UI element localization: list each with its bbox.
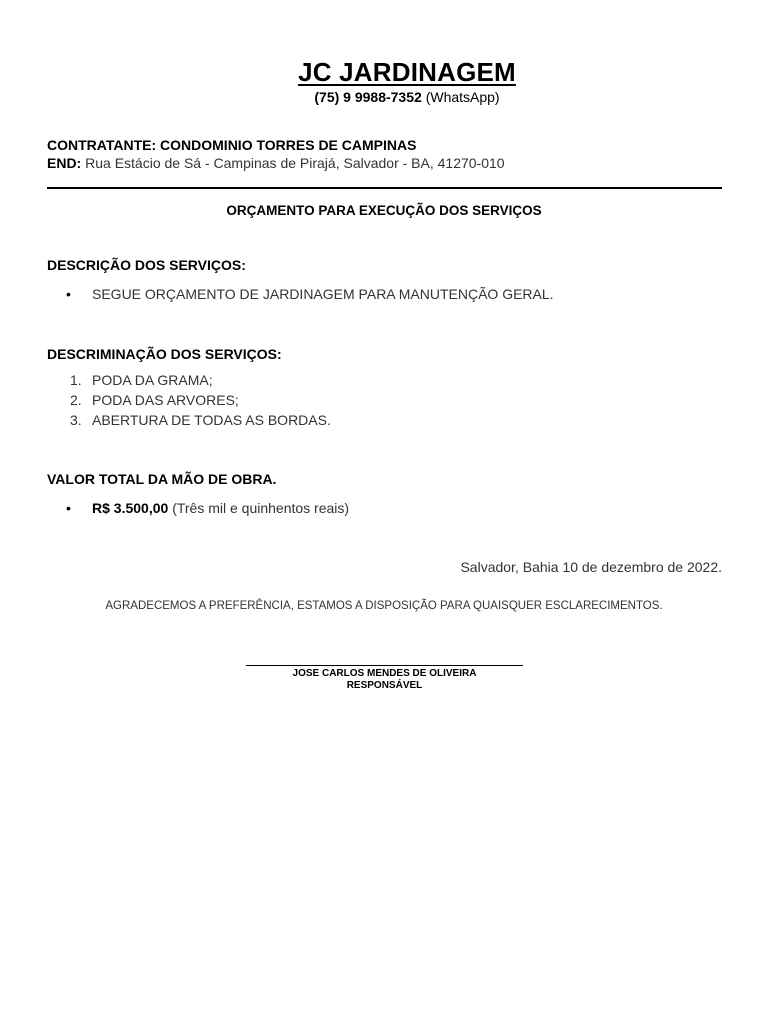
address-value: Rua Estácio de Sá - Campinas de Pirajá, …	[85, 155, 504, 171]
total-amount-words: (Três mil e quinhentos reais)	[172, 500, 349, 516]
list-item: ABERTURA DE TODAS AS BORDAS.	[92, 412, 331, 428]
list-item: PODA DA GRAMA;	[92, 372, 213, 388]
contratante-value: CONDOMINIO TORRES DE CAMPINAS	[160, 137, 416, 153]
signature-line	[246, 665, 523, 666]
list-number: 3.	[70, 412, 82, 428]
total-amount: R$ 3.500,00	[92, 500, 168, 516]
signature-name: JOSE CARLOS MENDES DE OLIVEIRA	[246, 668, 523, 679]
phone-note: (WhatsApp)	[426, 89, 500, 105]
list-item: PODA DAS ARVORES;	[92, 392, 239, 408]
bullet-icon: •	[66, 500, 71, 516]
company-name: JC JARDINAGEM	[0, 57, 768, 88]
address-line: END: Rua Estácio de Sá - Campinas de Pir…	[47, 155, 505, 171]
breakdown-heading: DESCRIMINAÇÃO DOS SERVIÇOS:	[47, 346, 282, 362]
client-line: CONTRATANTE: CONDOMINIO TORRES DE CAMPIN…	[47, 137, 416, 153]
phone-number: (75) 9 9988-7352	[314, 89, 421, 105]
bullet-icon: •	[66, 286, 71, 302]
total-amount-line: R$ 3.500,00 (Três mil e quinhentos reais…	[92, 500, 349, 516]
address-label: END:	[47, 155, 81, 171]
date-line: Salvador, Bahia 10 de dezembro de 2022.	[460, 559, 722, 575]
divider	[47, 187, 722, 189]
phone-line: (75) 9 9988-7352 (WhatsApp)	[0, 89, 768, 105]
description-item: SEGUE ORÇAMENTO DE JARDINAGEM PARA MANUT…	[92, 286, 554, 302]
contratante-label: CONTRATANTE:	[47, 137, 156, 153]
description-heading: DESCRIÇÃO DOS SERVIÇOS:	[47, 257, 246, 273]
thanks-note: AGRADECEMOS A PREFERÊNCIA, ESTAMOS A DIS…	[0, 600, 768, 612]
total-heading: VALOR TOTAL DA MÃO DE OBRA.	[47, 471, 276, 487]
list-number: 2.	[70, 392, 82, 408]
signature-role: RESPONSÁVEL	[246, 680, 523, 691]
list-number: 1.	[70, 372, 82, 388]
document-title: ORÇAMENTO PARA EXECUÇÃO DOS SERVIÇOS	[0, 203, 768, 218]
